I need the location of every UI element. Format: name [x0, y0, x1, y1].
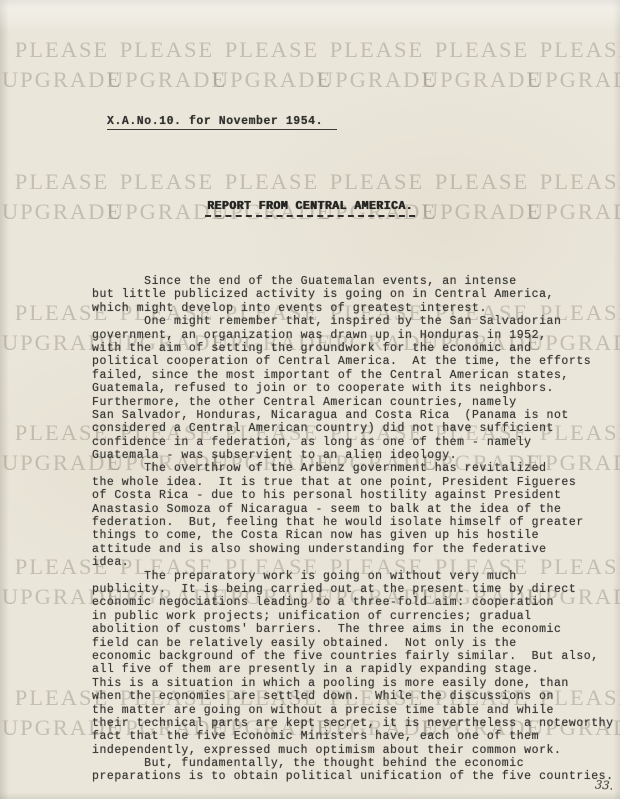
watermark-text: PLEASEUPGRADE	[212, 35, 332, 94]
page-number: 33.	[595, 777, 614, 792]
body-line: but little publicized activity is going …	[92, 288, 620, 301]
watermark-text: PLEASEUPGRADE	[212, 167, 332, 226]
body-line: confidence in a federation, as long as o…	[92, 436, 620, 449]
document-body: Since the end of the Guatemalan events, …	[92, 275, 620, 784]
watermark-text: PLEASEUPGRADE	[422, 35, 542, 94]
body-line: preparations is to obtain political unif…	[92, 770, 620, 783]
body-line: the whole idea. It is true that at one p…	[92, 476, 620, 489]
body-line: abolition of customs' barriers. The thre…	[92, 623, 620, 636]
watermark-text: PLEASEUPGRADE	[527, 35, 620, 94]
body-line: Guatemala, refused to join or to coopera…	[92, 382, 620, 395]
body-line: attitude and is also showing understandi…	[92, 543, 620, 556]
body-line: failed, since the most important of the …	[92, 369, 620, 382]
body-line: Since the end of the Guatemalan events, …	[92, 275, 620, 288]
body-line: fact that the five Economic Ministers ha…	[92, 730, 620, 743]
body-line: economic background of the five countrie…	[92, 650, 620, 663]
body-line: Anastasio Somoza of Nicaragua - seem to …	[92, 503, 620, 516]
watermark-text: PLEASEUPGRADE	[107, 35, 227, 94]
body-line: independently, expressed much optimism a…	[92, 744, 620, 757]
document-title: REPORT FROM CENTRAL AMERICA.	[205, 200, 415, 217]
body-line: their technical parts are kept secret, i…	[92, 717, 620, 730]
body-line: The preparatory work is going on without…	[92, 570, 620, 583]
body-line: political cooperation of Central America…	[92, 355, 620, 368]
body-line: when the economies are settled down. Whi…	[92, 690, 620, 703]
body-line: But, fundamentally, the thought behind t…	[92, 757, 620, 770]
body-line: things to come, the Costa Rican now has …	[92, 529, 620, 542]
watermark-text: PLEASEUPGRADE	[317, 167, 437, 226]
body-line: in public work projects; unification of …	[92, 610, 620, 623]
body-line: Furthermore, the other Central American …	[92, 396, 620, 409]
body-line: with the aim of setting the groundwork f…	[92, 342, 620, 355]
body-line: This is a situation in which a pooling i…	[92, 677, 620, 690]
body-line: all five of them are presently in a rapi…	[92, 663, 620, 676]
body-line: idea.	[92, 556, 620, 569]
body-line: publicity. It is being carried out at th…	[92, 583, 620, 596]
body-line: The overthrow of the Arbenz government h…	[92, 462, 620, 475]
reference-line: X.A.No.10. for November 1954.	[107, 115, 337, 130]
body-line: San Salvador, Honduras, Nicaragua and Co…	[92, 409, 620, 422]
body-line: government, an organization was drawn up…	[92, 329, 620, 342]
body-line: Guatemala - was subservient to an alien …	[92, 449, 620, 462]
body-line: federation. But, feeling that he would i…	[92, 516, 620, 529]
watermark-text: PLEASEUPGRADE	[107, 167, 227, 226]
document-page: PLEASEUPGRADEPLEASEUPGRADEPLEASEUPGRADEP…	[0, 0, 620, 799]
body-line: which might develop into events of great…	[92, 302, 620, 315]
body-line: the matter are going on without a precis…	[92, 704, 620, 717]
watermark-text: PLEASEUPGRADE	[2, 35, 122, 94]
body-line: economic negociations leading to a three…	[92, 596, 620, 609]
body-line: considered a Central American country) d…	[92, 422, 620, 435]
watermark-text: PLEASEUPGRADE	[422, 167, 542, 226]
body-line: field can be relatively easily obtained.…	[92, 637, 620, 650]
body-line: of Costa Rica - due to his personal host…	[92, 489, 620, 502]
watermark-text: PLEASEUPGRADE	[2, 167, 122, 226]
watermark-text: PLEASEUPGRADE	[317, 35, 437, 94]
body-line: One might remember that, inspired by the…	[92, 315, 620, 328]
watermark-text: PLEASEUPGRADE	[527, 167, 620, 226]
